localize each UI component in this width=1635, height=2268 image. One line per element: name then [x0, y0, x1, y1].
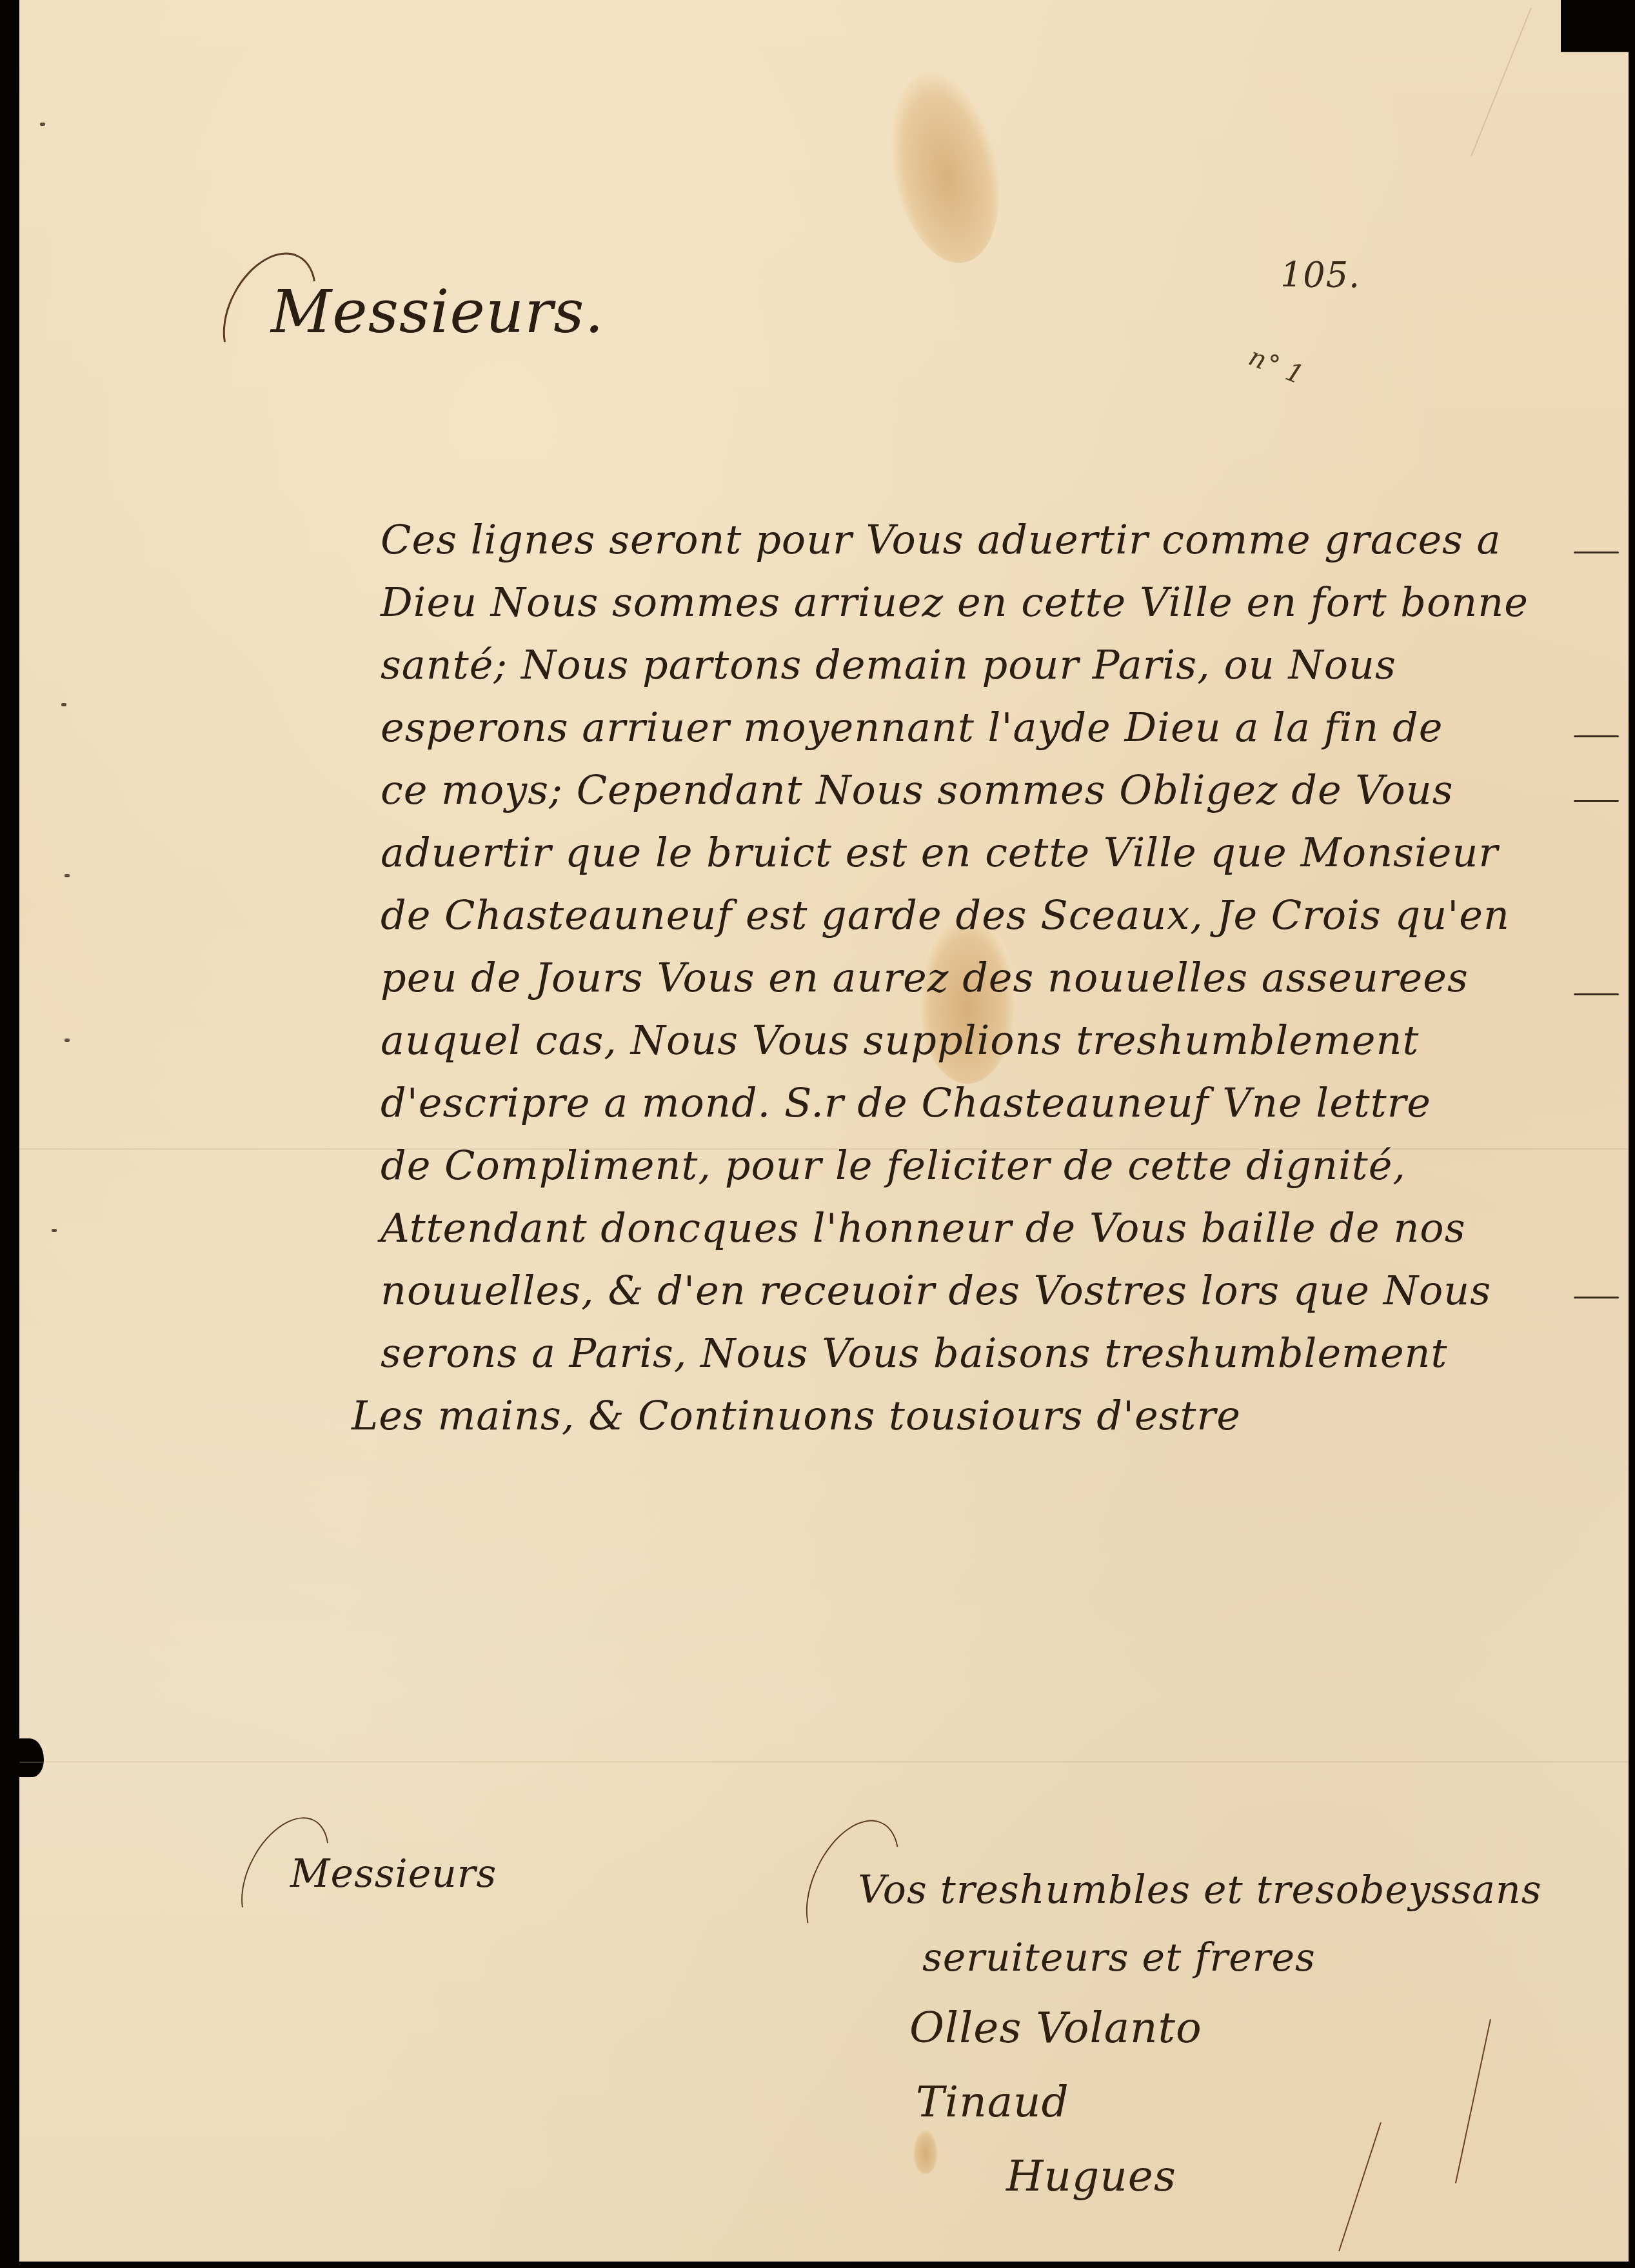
- body-line: Ces lignes seront pour Vous aduertir com…: [381, 516, 1501, 563]
- margin-speck: [40, 123, 45, 126]
- body-line: auquel cas, Nous Vous supplions treshumb…: [381, 1017, 1419, 1064]
- body-line: Les mains, & Continuons tousiours d'estr…: [352, 1392, 1241, 1439]
- folio-number: 105.: [1280, 255, 1360, 295]
- closing-line: seruiteurs et freres: [922, 1935, 1316, 1980]
- body-line: ce moys; Cependant Nous sommes Obligez d…: [381, 766, 1453, 813]
- signature: Tinaud: [916, 2077, 1069, 2127]
- body-line: d'escripre a mond. S.r de Chasteauneuf V…: [381, 1079, 1431, 1126]
- line-flourish: [1574, 1297, 1619, 1298]
- salutation: Messieurs.: [271, 277, 604, 346]
- body-line: de Chasteauneuf est garde des Sceaux, Je…: [381, 891, 1510, 939]
- body-line: santé; Nous partons demain pour Paris, o…: [381, 641, 1396, 688]
- body-line: de Compliment, pour le feliciter de cett…: [381, 1142, 1406, 1189]
- body-line: Dieu Nous sommes arriuez en cette Ville …: [381, 579, 1529, 626]
- body-line: esperons arriuer moyennant l'ayde Dieu a…: [381, 704, 1443, 751]
- signature: Olles Volanto: [909, 2003, 1202, 2053]
- margin-speck: [64, 1039, 70, 1042]
- line-flourish: [1574, 800, 1619, 802]
- margin-speck: [64, 874, 70, 877]
- water-stain: [913, 2129, 938, 2174]
- body-line: serons a Paris, Nous Vous baisons treshu…: [381, 1329, 1447, 1377]
- signature: Hugues: [1006, 2151, 1176, 2201]
- line-flourish: [1574, 993, 1619, 995]
- margin-speck: [61, 703, 66, 706]
- line-flourish: [1574, 552, 1619, 553]
- closing-line: Vos treshumbles et tresobeyssans: [858, 1867, 1542, 1913]
- closing-address: Messieurs: [290, 1851, 497, 1896]
- fold-crease: [19, 1761, 1629, 1763]
- body-line: aduertir que le bruict est en cette Vill…: [381, 829, 1498, 876]
- margin-speck: [52, 1229, 57, 1232]
- body-line: peu de Jours Vous en aurez des nouuelles…: [381, 954, 1469, 1001]
- body-line: nouuelles, & d'en receuoir des Vostres l…: [381, 1267, 1491, 1314]
- body-line: Attendant doncques l'honneur de Vous bai…: [381, 1204, 1465, 1251]
- line-flourish: [1574, 735, 1619, 737]
